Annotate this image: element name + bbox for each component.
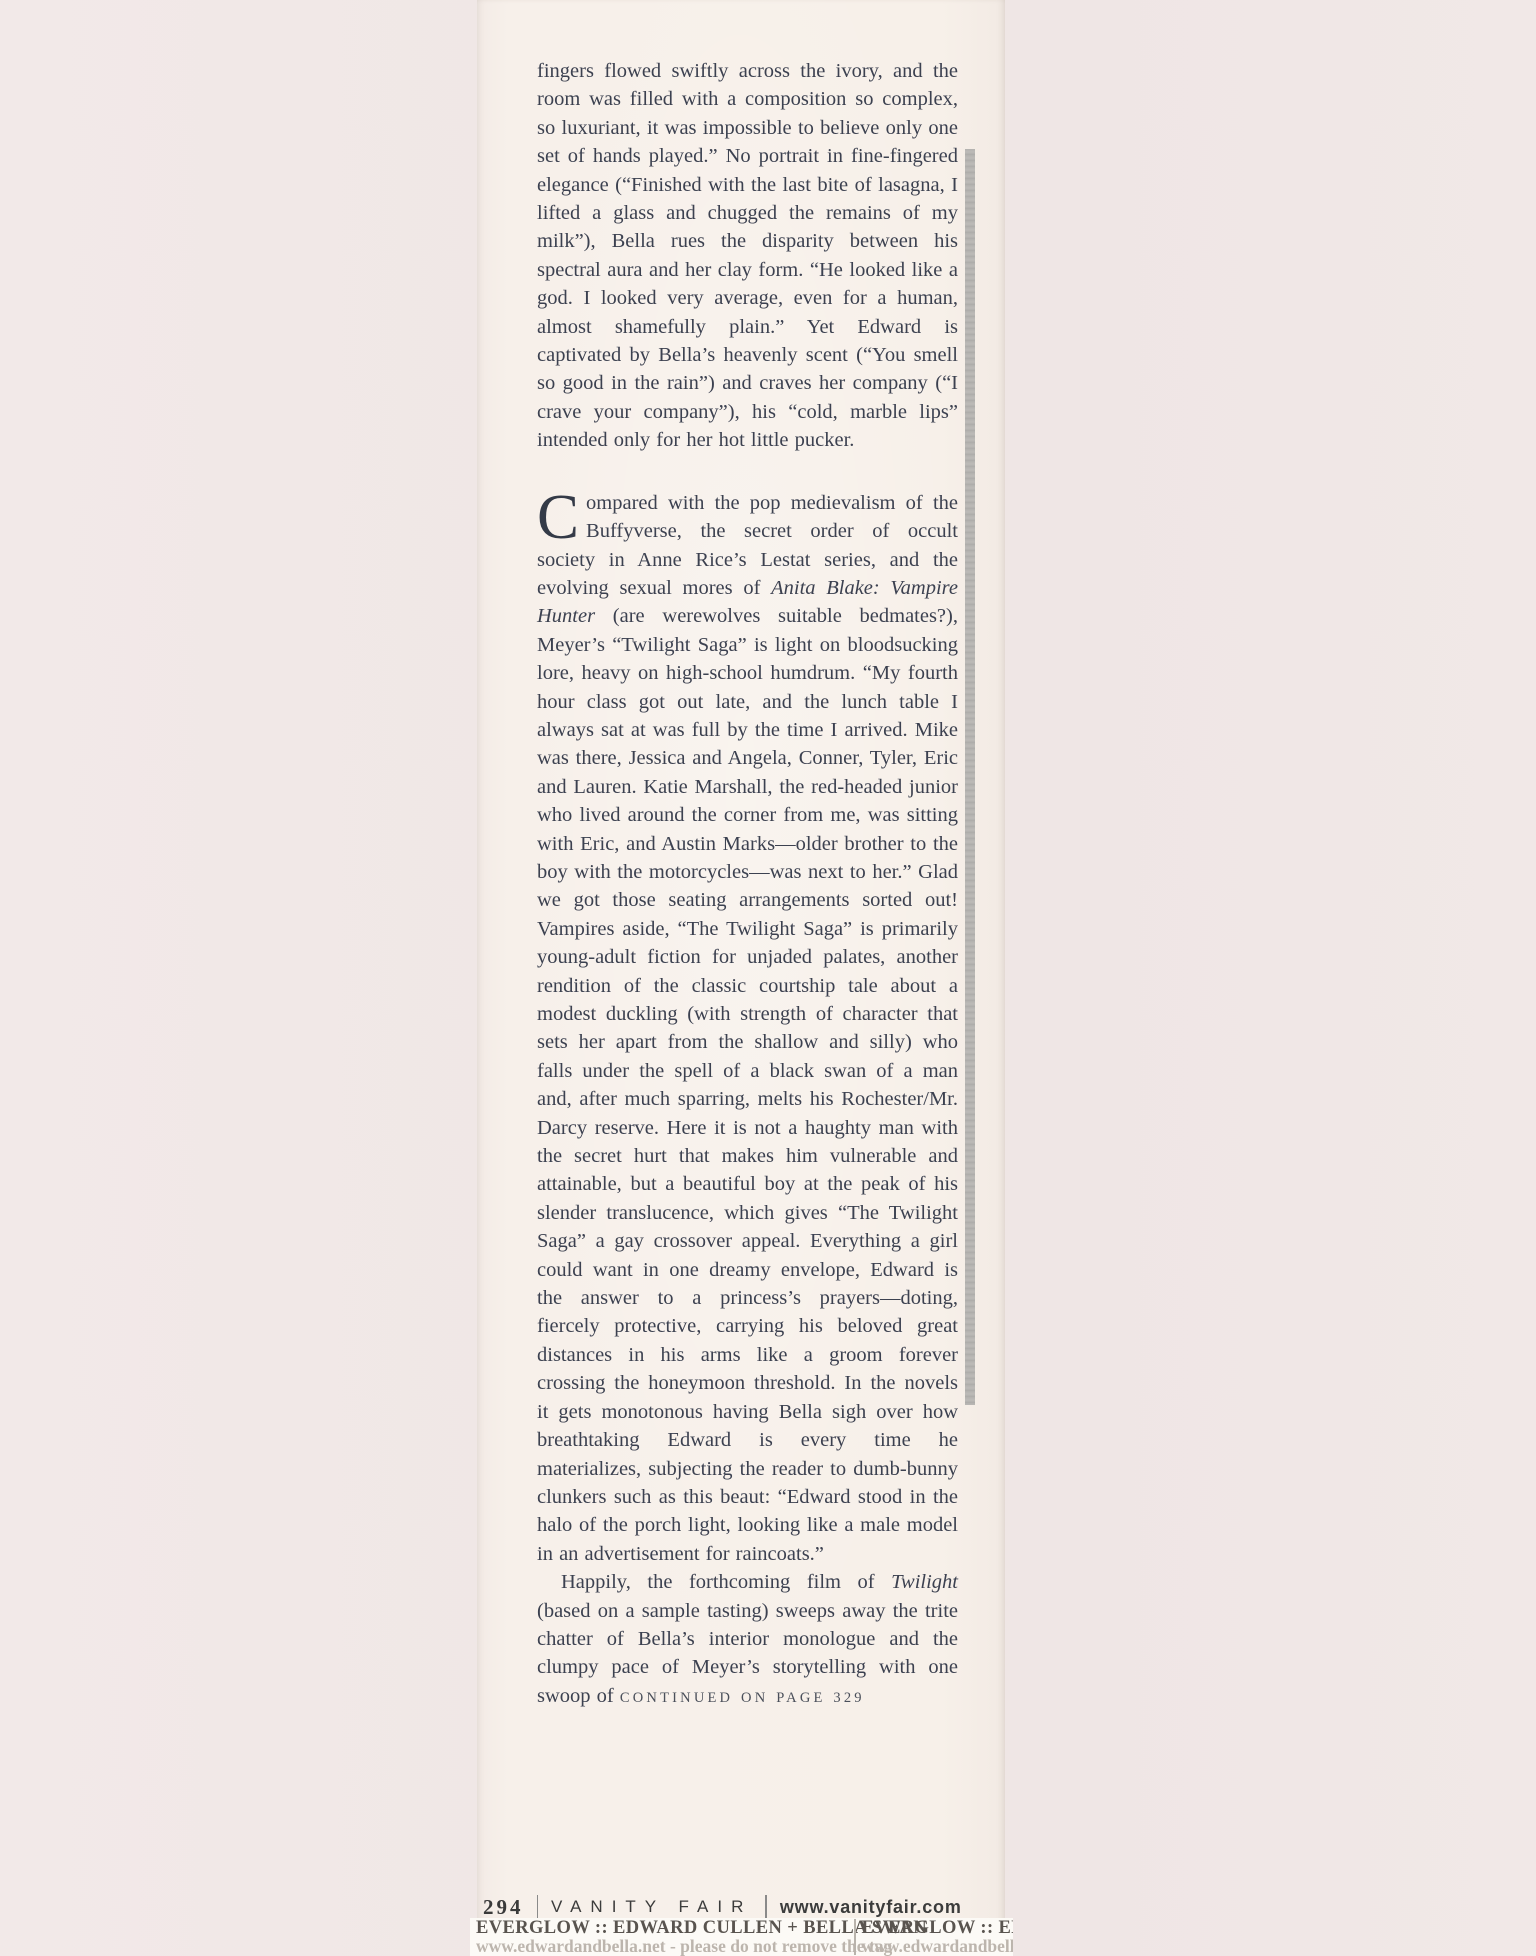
page-footer: 294 VANITY FAIR www.vanityfair.com (483, 1893, 962, 1921)
paragraph: Happily, the forthcoming film of Twiligh… (537, 1568, 958, 1712)
watermark-strip: EVERGLOW :: EDWARD CULLEN + BELLA SWAN w… (470, 1918, 1013, 1956)
paragraph: fingers flowed swiftly across the ivory,… (537, 57, 958, 455)
scan-artifact-bar (965, 149, 975, 1405)
article-column: fingers flowed swiftly across the ivory,… (537, 57, 958, 1712)
watermark-url: www.edwardandbella.net - please do not r… (476, 1938, 848, 1955)
watermark-url: www.edwardandbella.net - pleas (862, 1938, 1008, 1955)
page-number: 294 (483, 1895, 524, 1920)
footer-divider (537, 1895, 539, 1919)
continued-on-page-note: CONTINUED ON PAGE 329 (620, 1690, 865, 1706)
magazine-url: www.vanityfair.com (780, 1897, 962, 1918)
watermark-block: EVERGLOW :: EDWARD CULLEN + BELLA SWAN w… (470, 1918, 854, 1956)
magazine-title: VANITY FAIR (551, 1897, 752, 1917)
footer-divider (765, 1895, 767, 1919)
drop-cap: C (537, 489, 586, 542)
watermark-block: EVERGLOW :: EDWARD CUL www.edwardandbell… (856, 1918, 1014, 1956)
paragraph: Compared with the pop medievalism of the… (537, 489, 958, 1568)
